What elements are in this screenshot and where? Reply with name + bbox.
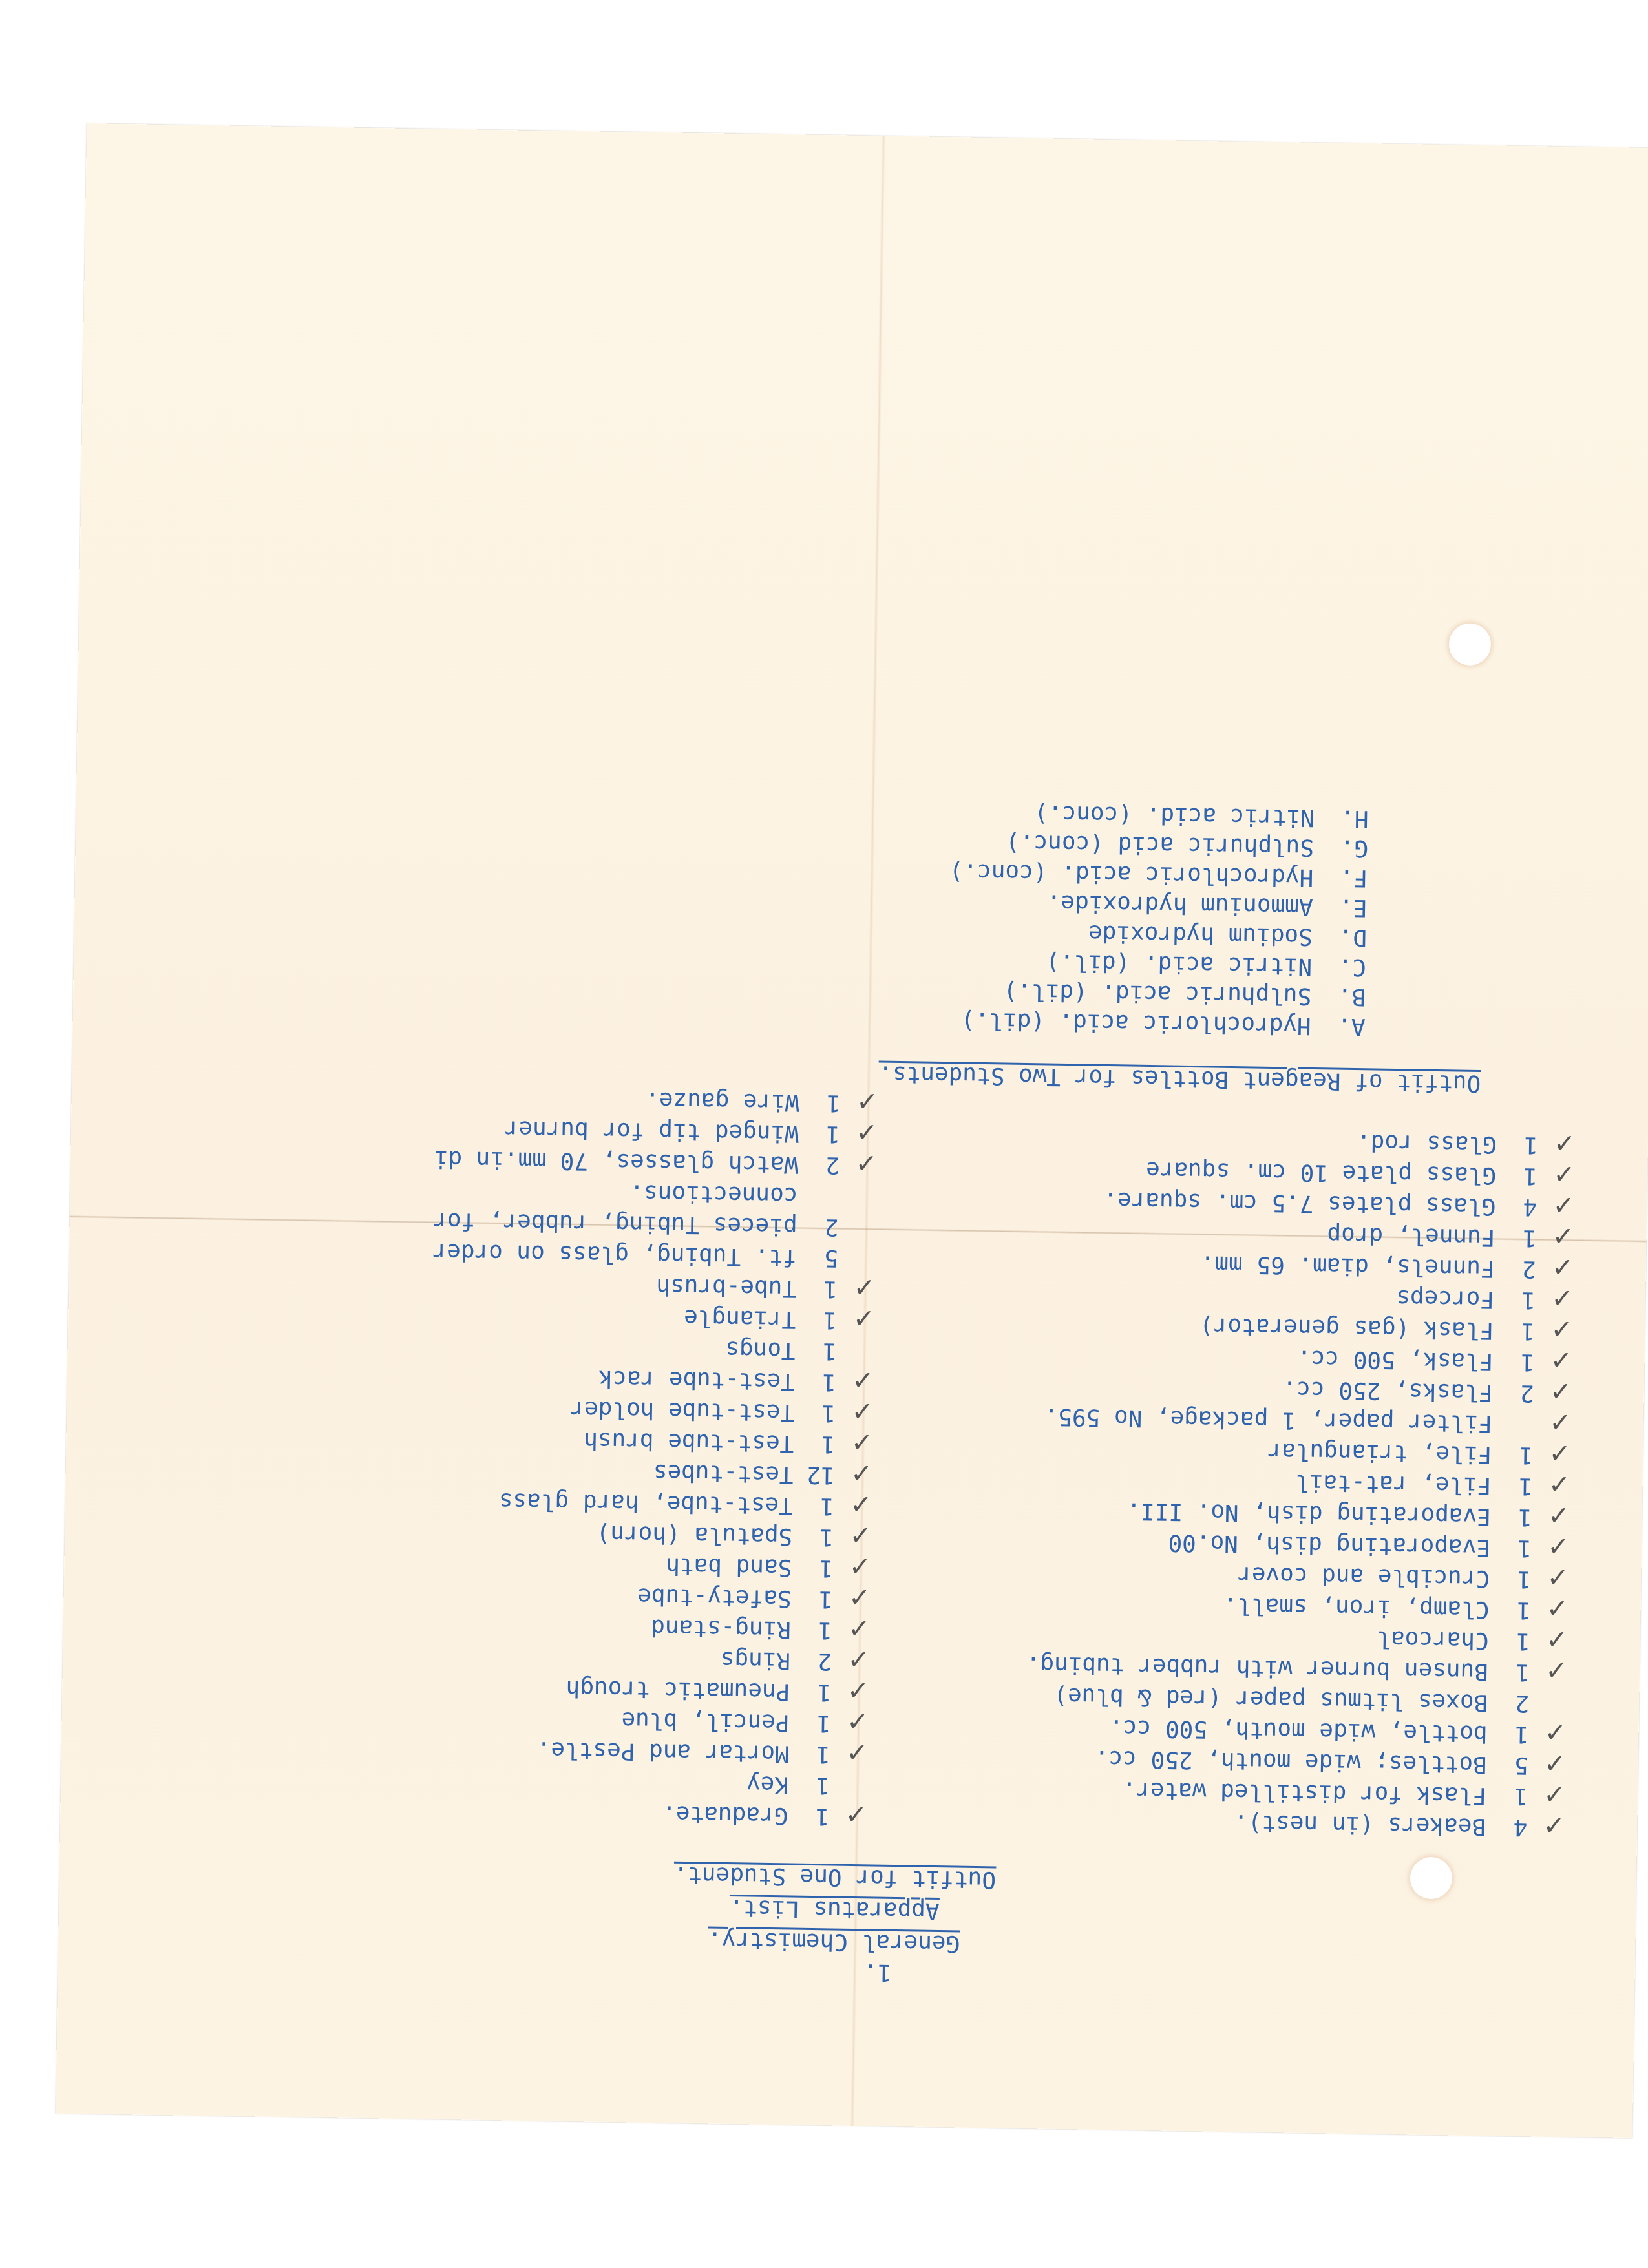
pencil-checkmark-icon: ✓ (845, 1800, 867, 1831)
reagent-letter: E. (1313, 891, 1368, 923)
apparatus-right-column: ✓1Graduate.1Key✓1Mortar and Pestle.✓1Pen… (86, 1075, 841, 1831)
pencil-checkmark-icon: ✓ (1552, 1190, 1574, 1222)
item-quantity: 12 (793, 1458, 835, 1490)
reagent-name: Nitric acid. (conc.) (1034, 800, 1315, 831)
pencil-checkmark-icon: ✓ (1550, 1345, 1572, 1377)
item-description: Test-tube rack (598, 1365, 795, 1395)
item-quantity: 1 (1496, 1159, 1538, 1191)
item-quantity: 1 (790, 1613, 832, 1645)
pencil-checkmark-icon: ✓ (847, 1675, 869, 1707)
item-description: Pencil, blue (621, 1706, 790, 1736)
pencil-checkmark-icon: ✓ (853, 1303, 875, 1335)
item-description: Tongs (725, 1336, 796, 1364)
item-quantity: 1 (1494, 1314, 1536, 1346)
item-quantity: 5 (797, 1242, 839, 1274)
reagent-bottles-list: A.Hydrochloric acid. (dil.)B.Sulphuric a… (947, 797, 1369, 1042)
reagent-letter: H. (1314, 802, 1369, 834)
item-quantity: 1 (1487, 1717, 1529, 1749)
pencil-checkmark-icon: ✓ (847, 1644, 869, 1676)
item-description: File, triangular (1267, 1438, 1492, 1467)
pencil-checkmark-icon: ✓ (1553, 1159, 1575, 1191)
item-quantity: 2 (1488, 1686, 1530, 1718)
item-quantity: 1 (799, 1087, 841, 1118)
item-description: File, rat-tail (1295, 1469, 1492, 1499)
pencil-checkmark-icon: ✓ (1554, 1128, 1576, 1160)
item-description: Pneumatic trough (565, 1675, 790, 1705)
pencil-checkmark-icon: ✓ (850, 1458, 872, 1490)
pencil-checkmark-icon: ✓ (1551, 1283, 1573, 1315)
item-quantity: 1 (788, 1800, 830, 1831)
item-quantity: 1 (790, 1675, 832, 1707)
pencil-checkmark-icon: ✓ (850, 1489, 872, 1521)
item-quantity: 1 (1491, 1469, 1533, 1501)
pencil-checkmark-icon: ✓ (846, 1738, 868, 1769)
reagent-name: Ammonium hydroxide. (1046, 890, 1313, 920)
item-description: Forceps (1396, 1285, 1494, 1312)
item-description: Spatula (horn) (596, 1520, 792, 1550)
item-description: ft. Tubing, glass on order (432, 1239, 797, 1271)
item-quantity: 1 (789, 1706, 831, 1738)
reagent-letter: D. (1312, 921, 1367, 952)
item-description: Ring-stand (651, 1614, 791, 1643)
reagent-letter: A. (1311, 1010, 1366, 1042)
item-description: Graduate. (662, 1800, 788, 1829)
item-description: Sand bath (666, 1552, 792, 1580)
item-description: Flask, 500 cc. (1297, 1345, 1494, 1375)
item-quantity: 1 (796, 1272, 838, 1304)
reagent-letter: C. (1312, 950, 1367, 982)
pencil-checkmark-icon: ✓ (848, 1613, 870, 1645)
reagent-name: Sulphuric acid. (dil.) (1003, 978, 1311, 1009)
item-description: Glass rod. (1357, 1129, 1497, 1157)
pencil-checkmark-icon: ✓ (849, 1520, 871, 1552)
item-quantity: 1 (1495, 1221, 1537, 1253)
pencil-checkmark-icon: ✓ (1547, 1562, 1569, 1594)
item-description: Filter paper, 1 package, No 595. (1044, 1403, 1492, 1437)
item-description: Tube-brush (656, 1273, 796, 1301)
item-description: Evaporating dish, No.00 (1168, 1529, 1490, 1561)
pencil-checkmark-icon: ✓ (853, 1272, 875, 1304)
item-quantity: 5 (1486, 1748, 1528, 1780)
reagent-name: Nitric acid. (dil.) (1046, 949, 1312, 979)
item-quantity: 1 (1486, 1780, 1528, 1811)
pencil-checkmark-icon: ✓ (1552, 1252, 1574, 1284)
item-quantity: 1 (1488, 1655, 1530, 1687)
pencil-checkmark-icon: ✓ (855, 1148, 877, 1180)
item-description: Beakers (in nest). (1234, 1809, 1486, 1840)
item-description: Test-tubes (653, 1459, 794, 1487)
item-description: Boxes litmus paper (red & blue) (1053, 1683, 1488, 1716)
item-description: Flasks, 250 cc. (1282, 1376, 1493, 1405)
item-description: Winged tip for burner (505, 1115, 799, 1146)
item-description: Key (746, 1770, 789, 1798)
item-quantity: 1 (795, 1334, 837, 1366)
item-quantity: 1 (1488, 1624, 1530, 1656)
pencil-checkmark-icon: ✓ (1550, 1376, 1572, 1408)
item-description: Test-tube, hard glass (498, 1487, 793, 1518)
typed-content: 1. General Chemistry. Apparatus List. Ou… (56, 123, 1648, 2138)
pencil-checkmark-icon: ✓ (1548, 1438, 1570, 1470)
item-description: Glass plate 10 cm. square (1146, 1157, 1496, 1189)
pencil-checkmark-icon: ✓ (856, 1086, 878, 1118)
item-description: Funnel, drop (1327, 1221, 1495, 1250)
pencil-checkmark-icon: ✓ (849, 1551, 871, 1583)
paper-sheet: 1. General Chemistry. Apparatus List. Ou… (56, 123, 1648, 2138)
item-description: Test-tube brush (584, 1427, 794, 1456)
item-quantity: 1 (793, 1489, 835, 1521)
page-number: 1. (863, 1956, 892, 1988)
item-description: Safety-tube (637, 1583, 792, 1612)
pencil-checkmark-icon: ✓ (1546, 1624, 1568, 1656)
pencil-checkmark-icon: ✓ (1544, 1748, 1566, 1780)
item-quantity: 1 (1494, 1283, 1536, 1315)
pencil-checkmark-icon: ✓ (1548, 1500, 1570, 1532)
item-quantity: 4 (1486, 1811, 1528, 1842)
item-quantity: 1 (792, 1551, 834, 1583)
item-quantity: 1 (794, 1427, 836, 1459)
reagent-name: Sulphuric acid (conc.) (1006, 830, 1314, 861)
item-quantity: 1 (794, 1396, 836, 1428)
item-quantity: 1 (1492, 1438, 1534, 1470)
reagent-name: Sodium hydroxide (1088, 920, 1313, 950)
pencil-checkmark-icon: ✓ (1545, 1717, 1567, 1749)
item-quantity: 1 (1490, 1500, 1532, 1532)
item-description: Funnels, diam. 65 mm. (1200, 1250, 1495, 1281)
item-quantity: 1 (799, 1118, 841, 1150)
item-quantity: 1 (792, 1520, 834, 1552)
pencil-checkmark-icon: ✓ (847, 1706, 869, 1738)
title-block: General Chemistry. Apparatus List. Outfi… (607, 1857, 1061, 1961)
item-description: Charcoal (1377, 1626, 1489, 1654)
reagent-bottles-title: Outfit of Reagent Bottles for Two Studen… (878, 1058, 1481, 1098)
item-description: Wire gauze. (645, 1087, 799, 1116)
item-quantity: 1 (1490, 1562, 1532, 1594)
scanned-page: 1. General Chemistry. Apparatus List. Ou… (0, 0, 1648, 2268)
item-quantity: 1 (1490, 1531, 1532, 1563)
item-description: Evaporating dish, No. III. (1126, 1498, 1491, 1530)
item-quantity: 1 (796, 1303, 838, 1335)
item-description: Watch glasses, 70 mm.in di (434, 1146, 798, 1178)
item-description: connections. (629, 1179, 798, 1208)
pencil-checkmark-icon: ✓ (856, 1117, 878, 1149)
reagent-letter: B. (1311, 980, 1366, 1012)
reagent-name: Hydrochloric acid. (conc.) (949, 858, 1313, 890)
pencil-checkmark-icon: ✓ (1550, 1314, 1572, 1346)
item-quantity: 1 (1496, 1128, 1538, 1160)
item-description: Test-tube holder (570, 1396, 794, 1425)
reagent-letter: F. (1313, 861, 1368, 893)
item-description: pieces Tubing, rubber, for (433, 1208, 798, 1240)
pencil-checkmark-icon: ✓ (1547, 1593, 1569, 1625)
item-description: Mortar and Pestle. (536, 1736, 789, 1767)
item-quantity: 2 (790, 1644, 832, 1676)
item-quantity: 4 (1495, 1190, 1537, 1222)
reagent-letter: G. (1314, 832, 1369, 863)
pencil-checkmark-icon: ✓ (851, 1427, 873, 1459)
item-quantity: 2 (1494, 1252, 1536, 1284)
item-quantity: 1 (788, 1769, 830, 1800)
item-quantity: 1 (795, 1365, 837, 1397)
pencil-checkmark-icon: ✓ (1552, 1221, 1574, 1253)
item-description: Triangle (684, 1305, 796, 1333)
item-description: Flask (gas generator) (1199, 1312, 1494, 1343)
item-quantity (1492, 1416, 1534, 1416)
item-quantity: 1 (791, 1582, 833, 1614)
item-quantity: 1 (1493, 1345, 1535, 1377)
item-quantity: 1 (788, 1738, 830, 1769)
item-description: Bottles; wide mouth, 250 cc. (1095, 1745, 1487, 1778)
item-description: Clamp, iron, small. (1223, 1592, 1489, 1622)
item-quantity: 2 (798, 1149, 840, 1181)
item-description: Crucible and cover (1238, 1561, 1490, 1591)
item-description: Glass plates 7.5 cm. square. (1103, 1187, 1495, 1220)
item-description: Bunsen burner with rubber tubing. (1026, 1651, 1488, 1685)
item-quantity: 2 (1492, 1376, 1534, 1408)
pencil-checkmark-icon: ✓ (1548, 1469, 1570, 1501)
item-quantity: 1 (1489, 1593, 1531, 1625)
item-quantity: 2 (797, 1211, 839, 1243)
pencil-checkmark-icon: ✓ (1545, 1655, 1567, 1687)
pencil-checkmark-icon: ✓ (1547, 1531, 1569, 1563)
item-description: Flask for distilled water. (1122, 1777, 1486, 1809)
pencil-checkmark-icon: ✓ (852, 1365, 874, 1397)
pencil-checkmark-icon: ✓ (849, 1582, 871, 1614)
reagent-name: Hydrochloric acid. (dil.) (961, 1007, 1311, 1039)
pencil-checkmark-icon: ✓ (1543, 1811, 1565, 1842)
item-description: Rings (720, 1646, 790, 1674)
item-description: bottle, wide mouth, 500 cc. (1109, 1714, 1488, 1747)
pencil-checkmark-icon: ✓ (1543, 1780, 1565, 1811)
pencil-checkmark-icon: ✓ (851, 1396, 873, 1428)
pencil-checkmark-icon: ✓ (1549, 1407, 1571, 1439)
